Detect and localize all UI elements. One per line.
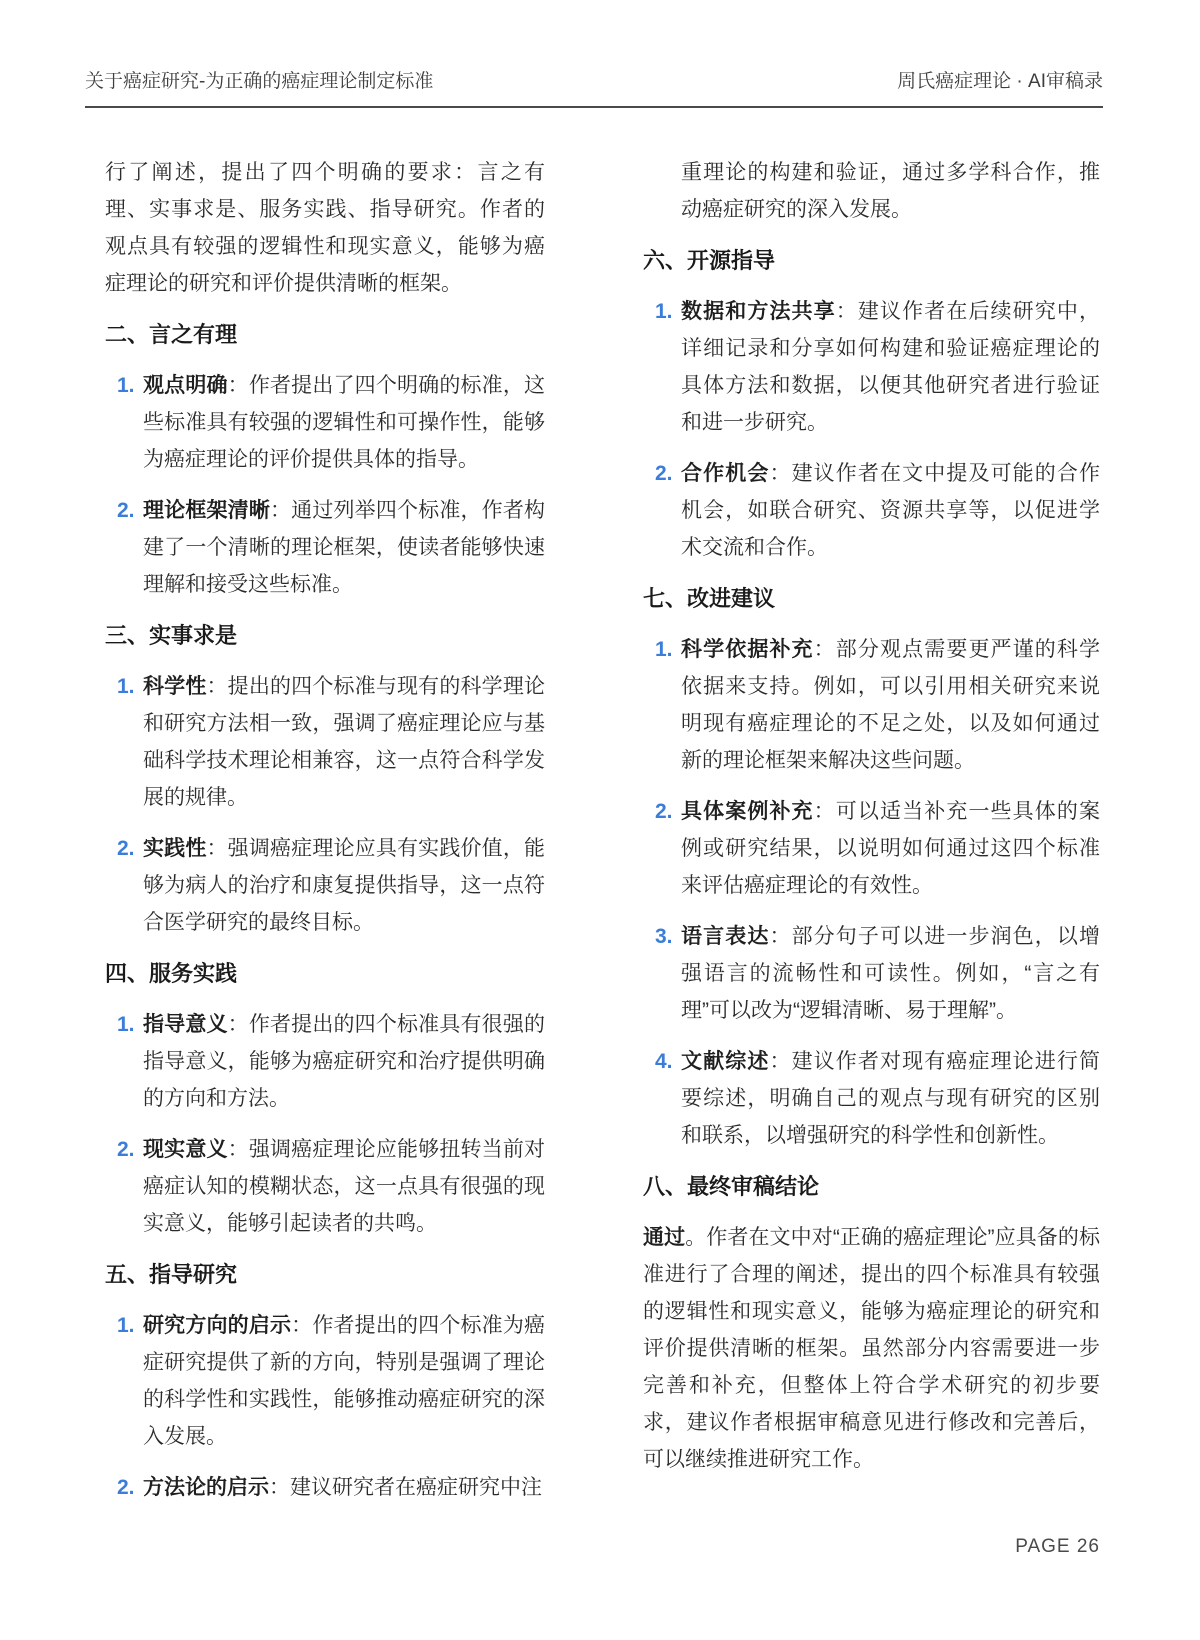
item-number: 1. xyxy=(117,367,143,478)
list-item: 1.指导意义：作者提出的四个标准具有很强的指导意义，能够为癌症研究和治疗提供明确… xyxy=(105,1006,545,1117)
list-item: 1.研究方向的启示：作者提出的四个标准为癌症研究提供了新的方向，特别是强调了理论… xyxy=(105,1307,545,1455)
left-column: 行了阐述，提出了四个明确的要求：言之有理、实事求是、服务实践、指导研究。作者的观… xyxy=(105,154,545,1506)
list-item: 2.实践性：强调癌症理论应具有实践价值，能够为病人的治疗和康复提供指导，这一点符… xyxy=(105,830,545,941)
item-label: 指导意义 xyxy=(143,1013,228,1036)
item-body: 文献综述：建议作者对现有癌症理论进行简要综述，明确自己的观点与现有研究的区别和联… xyxy=(681,1043,1100,1154)
item-label: 方法论的启示 xyxy=(143,1476,269,1499)
section-heading: 七、改进建议 xyxy=(643,580,1100,617)
item-number: 2. xyxy=(117,1469,143,1506)
item-number: 1. xyxy=(655,293,681,441)
page-number: PAGE 26 xyxy=(1015,1536,1100,1558)
item-body: 科学性：提出的四个标准与现有的科学理论和研究方法相一致，强调了癌症理论应与基础科… xyxy=(143,668,545,816)
conclusion-verdict: 通过 xyxy=(643,1226,685,1249)
item-label: 语言表达 xyxy=(681,925,769,948)
item-number: 2. xyxy=(117,1131,143,1242)
item-number: 2. xyxy=(117,492,143,603)
item-body: 指导意义：作者提出的四个标准具有很强的指导意义，能够为癌症研究和治疗提供明确的方… xyxy=(143,1006,545,1117)
item-body: 科学依据补充：部分观点需要更严谨的科学依据来支持。例如，可以引用相关研究来说明现… xyxy=(681,631,1100,779)
document-page: 关于癌症研究-为正确的癌症理论制定标准 周氏癌症理论 · AI审稿录 行了阐述，… xyxy=(0,0,1200,1640)
item-label: 研究方向的启示 xyxy=(143,1314,291,1337)
list-item: 1.数据和方法共享：建议作者在后续研究中，详细记录和分享如何构建和验证癌症理论的… xyxy=(643,293,1100,441)
section-heading: 六、开源指导 xyxy=(643,242,1100,279)
item-body: 观点明确：作者提出了四个明确的标准，这些标准具有较强的逻辑性和可操作性，能够为癌… xyxy=(143,367,545,478)
item-number: 2. xyxy=(655,455,681,566)
item-body: 理论框架清晰：通过列举四个标准，作者构建了一个清晰的理论框架，使读者能够快速理解… xyxy=(143,492,545,603)
item-number: 2. xyxy=(117,830,143,941)
item-label: 理论框架清晰 xyxy=(143,499,270,522)
section-heading: 八、最终审稿结论 xyxy=(643,1168,1100,1205)
item-body: 语言表达：部分句子可以进一步润色，以增强语言的流畅性和可读性。例如，“言之有理”… xyxy=(681,918,1100,1029)
list-item: 1.科学性：提出的四个标准与现有的科学理论和研究方法相一致，强调了癌症理论应与基… xyxy=(105,668,545,816)
section-heading: 三、实事求是 xyxy=(105,617,545,654)
item-body: 实践性：强调癌症理论应具有实践价值，能够为病人的治疗和康复提供指导，这一点符合医… xyxy=(143,830,545,941)
section-heading: 二、言之有理 xyxy=(105,316,545,353)
item-label: 具体案例补充 xyxy=(681,800,814,823)
item-number: 1. xyxy=(117,1307,143,1455)
header-title-left: 关于癌症研究-为正确的癌症理论制定标准 xyxy=(85,70,433,94)
item-label: 数据和方法共享 xyxy=(681,300,836,323)
header-title-right: 周氏癌症理论 · AI审稿录 xyxy=(897,70,1103,94)
page-header: 关于癌症研究-为正确的癌症理论制定标准 周氏癌症理论 · AI审稿录 xyxy=(85,0,1103,94)
item-number: 1. xyxy=(117,1006,143,1117)
section-heading: 四、服务实践 xyxy=(105,955,545,992)
item-body: 方法论的启示：建议研究者在癌症研究中注 xyxy=(143,1469,545,1506)
list-item: 1.观点明确：作者提出了四个明确的标准，这些标准具有较强的逻辑性和可操作性，能够… xyxy=(105,367,545,478)
item-text: ：建议研究者在癌症研究中注 xyxy=(269,1476,542,1499)
item-body: 具体案例补充：可以适当补充一些具体的案例或研究结果，以说明如何通过这四个标准来评… xyxy=(681,793,1100,904)
item-label: 文献综述 xyxy=(681,1050,769,1073)
list-item: 2.理论框架清晰：通过列举四个标准，作者构建了一个清晰的理论框架，使读者能够快速… xyxy=(105,492,545,603)
item-body: 数据和方法共享：建议作者在后续研究中，详细记录和分享如何构建和验证癌症理论的具体… xyxy=(681,293,1100,441)
item-label: 观点明确 xyxy=(143,374,228,397)
paragraph: 通过。作者在文中对“正确的癌症理论”应具备的标准进行了合理的阐述，提出的四个标准… xyxy=(643,1219,1100,1478)
item-body: 现实意义：强调癌症理论应能够扭转当前对癌症认知的模糊状态，这一点具有很强的现实意… xyxy=(143,1131,545,1242)
item-number: 4. xyxy=(655,1043,681,1154)
item-number: 2. xyxy=(655,793,681,904)
item-body: 合作机会：建议作者在文中提及可能的合作机会，如联合研究、资源共享等，以促进学术交… xyxy=(681,455,1100,566)
item-label: 科学性 xyxy=(143,675,207,698)
list-item: 2.方法论的启示：建议研究者在癌症研究中注 xyxy=(105,1469,545,1506)
item-number: 1. xyxy=(117,668,143,816)
header-rule xyxy=(85,106,1103,108)
paragraph: 重理论的构建和验证，通过多学科合作，推动癌症研究的深入发展。 xyxy=(681,154,1100,228)
list-item: 2.现实意义：强调癌症理论应能够扭转当前对癌症认知的模糊状态，这一点具有很强的现… xyxy=(105,1131,545,1242)
item-label: 科学依据补充 xyxy=(681,638,814,661)
item-number: 1. xyxy=(655,631,681,779)
item-label: 现实意义 xyxy=(143,1138,228,1161)
list-item: 2.具体案例补充：可以适当补充一些具体的案例或研究结果，以说明如何通过这四个标准… xyxy=(643,793,1100,904)
paragraph: 行了阐述，提出了四个明确的要求：言之有理、实事求是、服务实践、指导研究。作者的观… xyxy=(105,154,545,302)
section-heading: 五、指导研究 xyxy=(105,1256,545,1293)
list-item: 4.文献综述：建议作者对现有癌症理论进行简要综述，明确自己的观点与现有研究的区别… xyxy=(643,1043,1100,1154)
list-item: 3.语言表达：部分句子可以进一步润色，以增强语言的流畅性和可读性。例如，“言之有… xyxy=(643,918,1100,1029)
list-item: 1.科学依据补充：部分观点需要更严谨的科学依据来支持。例如，可以引用相关研究来说… xyxy=(643,631,1100,779)
item-label: 合作机会 xyxy=(681,462,769,485)
list-item: 2.合作机会：建议作者在文中提及可能的合作机会，如联合研究、资源共享等，以促进学… xyxy=(643,455,1100,566)
right-column: 重理论的构建和验证，通过多学科合作，推动癌症研究的深入发展。六、开源指导1.数据… xyxy=(643,154,1100,1506)
item-label: 实践性 xyxy=(143,837,207,860)
item-number: 3. xyxy=(655,918,681,1029)
two-column-body: 行了阐述，提出了四个明确的要求：言之有理、实事求是、服务实践、指导研究。作者的观… xyxy=(105,154,1200,1506)
item-body: 研究方向的启示：作者提出的四个标准为癌症研究提供了新的方向，特别是强调了理论的科… xyxy=(143,1307,545,1455)
